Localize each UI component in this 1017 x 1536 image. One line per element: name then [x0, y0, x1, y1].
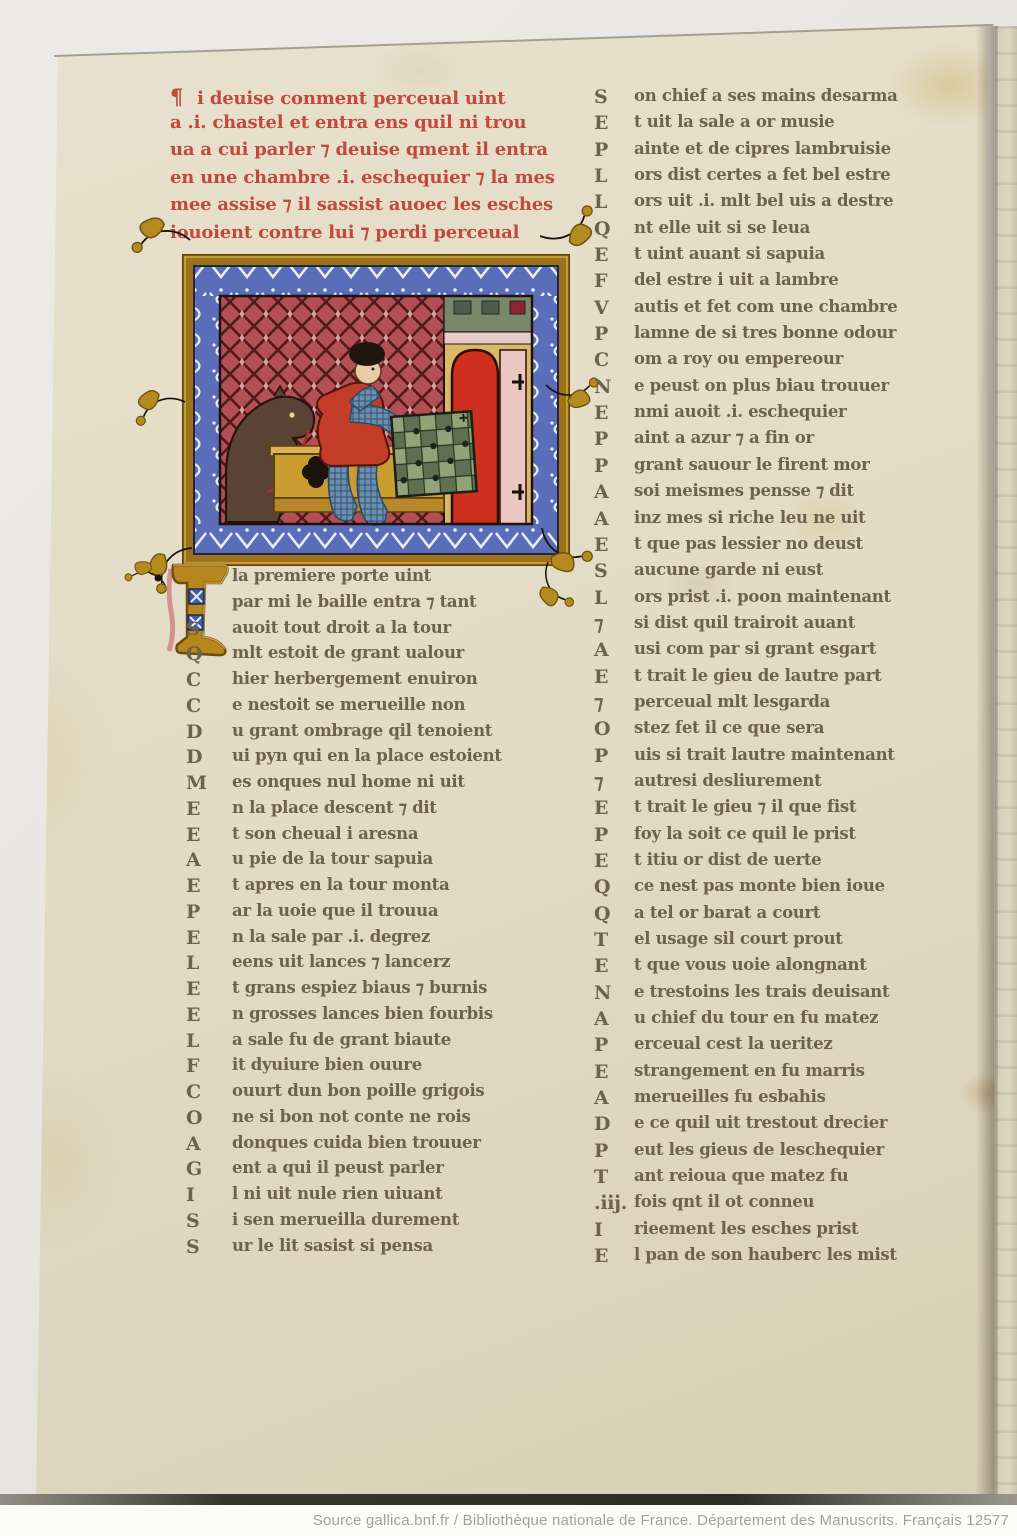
verse-line: En la sale par .i. degrez	[186, 927, 551, 953]
miniature-perceval-chess	[182, 254, 570, 566]
line-initial: E	[594, 797, 634, 823]
verse-line: Fit dyuiure bien ouure	[186, 1055, 551, 1081]
source-attribution: Source gallica.bnf.fr / Bibliothèque nat…	[313, 1512, 1009, 1529]
line-initial: A	[186, 849, 232, 875]
line-text: u chief du tour en fu matez	[634, 1008, 878, 1034]
verse-line: Et son cheual i aresna	[186, 824, 551, 850]
line-initial: E	[186, 1004, 232, 1030]
verse-line: Lors dist certes a fet bel estre	[594, 165, 959, 191]
verse-line: Paint a azur ⁊ a fin or	[594, 428, 959, 454]
line-text: t uint auant si sapuia	[634, 244, 825, 270]
text-column-right: Son chief a ses mains desarmaEt uit la s…	[594, 86, 959, 1271]
line-text: si dist quil trairoit auant	[634, 613, 855, 639]
verse-line: En grosses lances bien fourbis	[186, 1004, 551, 1030]
line-initial: Q	[594, 903, 634, 929]
line-initial: E	[186, 798, 232, 824]
line-initial: P	[186, 901, 232, 927]
verse-line: Et trait le gieu ⁊ il que fist	[594, 797, 959, 823]
page-gutter-shadow	[976, 26, 998, 1506]
rubric-line: mee assise ⁊ il sassist auoec les esches	[170, 194, 570, 222]
verse-line: Tel usage sil court prout	[594, 929, 959, 955]
line-text: donques cuida bien trouuer	[232, 1133, 481, 1159]
verse-line: Puis si trait lautre maintenant	[594, 745, 959, 771]
line-text: e trestoins les trais deuisant	[634, 982, 889, 1008]
line-text: ors dist certes a fet bel estre	[634, 165, 890, 191]
verse-line: Adonques cuida bien trouuer	[186, 1133, 551, 1159]
verse-line: Irieement les esches prist	[594, 1219, 959, 1245]
verse-line: Sur le lit sasist si pensa	[186, 1236, 551, 1262]
line-initial: E	[594, 244, 634, 270]
line-text: par mi le baille entra ⁊ tant	[232, 592, 476, 618]
line-initial	[186, 592, 232, 618]
line-text: stez fet il ce que sera	[634, 718, 824, 744]
line-initial: P	[594, 323, 634, 349]
line-initial: C	[594, 349, 634, 375]
verse-line: Amerueilles fu esbahis	[594, 1087, 959, 1113]
line-text: l ni uit nule rien uiuant	[232, 1184, 442, 1210]
line-text: a .i. chastel et entra ens quil ni trou	[170, 112, 526, 133]
line-initial: N	[594, 376, 634, 402]
line-text: n grosses lances bien fourbis	[232, 1004, 493, 1030]
line-initial: A	[594, 1087, 634, 1113]
line-initial: E	[594, 534, 634, 560]
line-text: ouurt dun bon poille grigois	[232, 1081, 484, 1107]
verse-line: Leens uit lances ⁊ lancerz	[186, 952, 551, 978]
verse-line: Qce nest pas monte bien ioue	[594, 876, 959, 902]
verse-line: Asoi meismes pensse ⁊ dit	[594, 481, 959, 507]
line-text: es onques nul home ni uit	[232, 772, 465, 798]
line-text: nmi auoit .i. eschequier	[634, 402, 846, 428]
verse-line: Perceual cest la ueritez	[594, 1034, 959, 1060]
line-text: el usage sil court prout	[634, 929, 843, 955]
line-text: iouoient contre lui ⁊ perdi perceual	[170, 222, 519, 243]
pink-door-leaf	[500, 350, 526, 524]
line-text: fois qnt il ot conneu	[634, 1192, 814, 1218]
line-text: ent a qui il peust parler	[232, 1158, 444, 1184]
line-text: aucune garde ni eust	[634, 560, 823, 586]
line-text: om a roy ou empereour	[634, 349, 843, 375]
verse-line: Et trait le gieu de lautre part	[594, 666, 959, 692]
verse-line: Lors uit .i. mlt bel uis a destre	[594, 191, 959, 217]
verse-line: Peut les gieus de leschequier	[594, 1140, 959, 1166]
line-initial: P	[594, 745, 634, 771]
line-initial: M	[186, 772, 232, 798]
verse-line: Mes onques nul home ni uit	[186, 772, 551, 798]
line-text: t trait le gieu ⁊ il que fist	[634, 797, 856, 823]
verse-line: Du grant ombrage qil tenoient	[186, 721, 551, 747]
line-initial: E	[594, 1245, 634, 1271]
verse-line: Et que pas lessier no deust	[594, 534, 959, 560]
line-text: ui pyn qui en la place estoient	[232, 746, 502, 772]
line-initial: E	[594, 1061, 634, 1087]
line-initial: E	[186, 927, 232, 953]
line-initial: P	[594, 428, 634, 454]
line-initial: T	[594, 929, 634, 955]
verse-line: Au chief du tour en fu matez	[594, 1008, 959, 1034]
miniature-scene	[220, 296, 532, 525]
line-text: uis si trait lautre maintenant	[634, 745, 895, 771]
gallica-footer: Source gallica.bnf.fr / Bibliothèque nat…	[0, 1505, 1017, 1536]
line-text: it dyuiure bien ouure	[232, 1055, 422, 1081]
line-initial: D	[186, 721, 232, 747]
line-initial: E	[594, 402, 634, 428]
line-text: l pan de son hauberc les mist	[634, 1245, 897, 1271]
line-text: strangement en fu marris	[634, 1061, 865, 1087]
line-text: ar la uoie que il trouua	[232, 901, 438, 927]
line-text: ors prist .i. poon maintenant	[634, 587, 891, 613]
line-initial: T	[594, 1166, 634, 1192]
verse-line: Son chief a ses mains desarma	[594, 86, 959, 112]
text-column-left: la premiere porte uintpar mi le baille e…	[186, 566, 551, 1261]
rubric-line: iouoient contre lui ⁊ perdi perceual	[170, 222, 570, 250]
rubric-line: ua a cui parler ⁊ deuise qment il entra	[170, 139, 570, 167]
line-text: ne si bon not conte ne rois	[232, 1107, 471, 1133]
verse-line: El pan de son hauberc les mist	[594, 1245, 959, 1271]
verse-line: .iij.fois qnt il ot conneu	[594, 1192, 959, 1218]
line-text: t que pas lessier no deust	[634, 534, 863, 560]
line-text: grant sauour le firent mor	[634, 455, 870, 481]
line-initial: ⁊	[594, 692, 634, 718]
scan-bottom-edge	[0, 1494, 1017, 1505]
line-text: a tel or barat a court	[634, 903, 820, 929]
verse-line: Com a roy ou empereour	[594, 349, 959, 375]
line-initial: P	[594, 1140, 634, 1166]
line-text: mlt estoit de grant ualour	[232, 643, 464, 669]
line-initial: P	[594, 824, 634, 850]
verse-line: Vautis et fet com une chambre	[594, 297, 959, 323]
line-text: a sale fu de grant biaute	[232, 1030, 451, 1056]
verse-line: Ainz mes si riche leu ne uit	[594, 508, 959, 534]
verse-line: La sale fu de grant biaute	[186, 1030, 551, 1056]
verse-line: Ce nestoit se merueille non	[186, 695, 551, 721]
line-initial: L	[594, 587, 634, 613]
line-text: eens uit lances ⁊ lancerz	[232, 952, 450, 978]
line-text: u pie de la tour sapuia	[232, 849, 433, 875]
verse-line: ⁊autresi desliurement	[594, 771, 959, 797]
verse-line: En la place descent ⁊ dit	[186, 798, 551, 824]
line-text: autis et fet com une chambre	[634, 297, 897, 323]
line-text: mee assise ⁊ il sassist auoec les esches	[170, 194, 553, 215]
line-initial: S	[594, 86, 634, 112]
verse-line: Enmi auoit .i. eschequier	[594, 402, 959, 428]
line-text: e ce quil uit trestout drecier	[634, 1113, 887, 1139]
line-text: hier herbergement enuiron	[232, 669, 477, 695]
verse-line: Couurt dun bon poille grigois	[186, 1081, 551, 1107]
line-initial: L	[186, 952, 232, 978]
line-initial: E	[594, 850, 634, 876]
line-initial: ¶	[170, 84, 183, 109]
line-text: foy la soit ce quil le prist	[634, 824, 856, 850]
line-initial: N	[594, 982, 634, 1008]
verse-line: Painte et de cipres lambruisie	[594, 139, 959, 165]
line-initial: E	[594, 955, 634, 981]
verse-line: Et itiu or dist de uerte	[594, 850, 959, 876]
adjacent-page-edge	[995, 26, 1017, 1506]
line-text: soi meismes pensse ⁊ dit	[634, 481, 854, 507]
verse-line: Ne trestoins les trais deuisant	[594, 982, 959, 1008]
line-initial: Q	[594, 876, 634, 902]
line-text: ant reioua que matez fu	[634, 1166, 848, 1192]
line-initial: P	[594, 1034, 634, 1060]
verse-line: Pgrant sauour le firent mor	[594, 455, 959, 481]
line-initial: C	[186, 1081, 232, 1107]
line-text: on chief a ses mains desarma	[634, 86, 898, 112]
rubric-line: a .i. chastel et entra ens quil ni trou	[170, 112, 570, 140]
line-initial: L	[186, 1030, 232, 1056]
rubric-block: ¶i deuise conment perceual uinta .i. cha…	[170, 84, 570, 249]
verse-line: One si bon not conte ne rois	[186, 1107, 551, 1133]
line-text: n la place descent ⁊ dit	[232, 798, 437, 824]
line-text: t grans espiez biaus ⁊ burnis	[232, 978, 487, 1004]
line-initial: I	[186, 1184, 232, 1210]
verse-line: Et uit la sale a or musie	[594, 112, 959, 138]
line-initial: V	[594, 297, 634, 323]
line-initial: P	[594, 455, 634, 481]
verse-line: Ostez fet il ce que sera	[594, 718, 959, 744]
gallica-scan-viewport: { "footer": { "attribution": "Source gal…	[0, 0, 1017, 1536]
line-initial: I	[594, 1219, 634, 1245]
line-text: t itiu or dist de uerte	[634, 850, 821, 876]
line-text: t apres en la tour monta	[232, 875, 449, 901]
line-text: t uit la sale a or musie	[634, 112, 834, 138]
verse-line: Chier herbergement enuiron	[186, 669, 551, 695]
line-text: ce nest pas monte bien ioue	[634, 876, 885, 902]
line-text: nt elle uit si se leua	[634, 218, 810, 244]
line-text: ainte et de cipres lambruisie	[634, 139, 891, 165]
line-initial: C	[186, 695, 232, 721]
verse-line: Sauoit tout droit a la tour	[186, 618, 551, 644]
line-initial: F	[594, 270, 634, 296]
verse-line: Au pie de la tour sapuia	[186, 849, 551, 875]
line-initial: ⁊	[594, 771, 634, 797]
line-initial: E	[186, 875, 232, 901]
line-text: autresi desliurement	[634, 771, 821, 797]
line-initial: L	[594, 191, 634, 217]
verse-line: ⁊perceual mlt lesgarda	[594, 692, 959, 718]
line-initial: A	[594, 508, 634, 534]
line-text: u grant ombrage qil tenoient	[232, 721, 492, 747]
verse-line: Et apres en la tour monta	[186, 875, 551, 901]
line-text: e nestoit se merueille non	[232, 695, 465, 721]
line-initial: O	[594, 718, 634, 744]
verse-line: Qnt elle uit si se leua	[594, 218, 959, 244]
line-initial: S	[186, 618, 232, 644]
line-text: en une chambre .i. eschequier ⁊ la mes	[170, 167, 555, 188]
line-initial: S	[186, 1236, 232, 1262]
line-text: i sen merueilla durement	[232, 1210, 459, 1236]
rubric-line: en une chambre .i. eschequier ⁊ la mes	[170, 167, 570, 195]
line-initial: S	[186, 1210, 232, 1236]
line-text: lamne de si tres bonne odour	[634, 323, 896, 349]
line-text: t son cheual i aresna	[232, 824, 418, 850]
line-text: la premiere porte uint	[232, 566, 431, 592]
line-initial: E	[594, 112, 634, 138]
line-initial: A	[594, 481, 634, 507]
line-initial: C	[186, 669, 232, 695]
verse-line: Et grans espiez biaus ⁊ burnis	[186, 978, 551, 1004]
line-initial: .iij.	[594, 1192, 634, 1218]
verse-line: Pfoy la soit ce quil le prist	[594, 824, 959, 850]
line-initial: F	[186, 1055, 232, 1081]
line-text: aint a azur ⁊ a fin or	[634, 428, 814, 454]
line-text: e peust on plus biau trouuer	[634, 376, 889, 402]
line-initial: P	[594, 139, 634, 165]
verse-line: Lors prist .i. poon maintenant	[594, 587, 959, 613]
line-initial: A	[186, 1133, 232, 1159]
verse-line: Et que vous uoie alongnant	[594, 955, 959, 981]
line-text: eut les gieus de leschequier	[634, 1140, 884, 1166]
verse-line: Gent a qui il peust parler	[186, 1158, 551, 1184]
line-initial: E	[186, 978, 232, 1004]
verse-line: Dui pyn qui en la place estoient	[186, 746, 551, 772]
line-text: usi com par si grant esgart	[634, 639, 876, 665]
verse-line: Ausi com par si grant esgart	[594, 639, 959, 665]
line-text: perceual mlt lesgarda	[634, 692, 830, 718]
line-initial: E	[594, 666, 634, 692]
verse-line: Si sen merueilla durement	[186, 1210, 551, 1236]
line-text: inz mes si riche leu ne uit	[634, 508, 865, 534]
line-initial: E	[186, 824, 232, 850]
verse-line: Qmlt estoit de grant ualour	[186, 643, 551, 669]
line-initial: G	[186, 1158, 232, 1184]
line-initial	[186, 566, 232, 592]
line-text: n la sale par .i. degrez	[232, 927, 430, 953]
line-text: merueilles fu esbahis	[634, 1087, 826, 1113]
line-initial: D	[186, 746, 232, 772]
black-cap	[349, 342, 385, 366]
line-initial: D	[594, 1113, 634, 1139]
line-text: i deuise conment perceual uint	[197, 88, 505, 109]
verse-line: Par la uoie que il trouua	[186, 901, 551, 927]
verse-line: Qa tel or barat a court	[594, 903, 959, 929]
verse-line: Il ni uit nule rien uiuant	[186, 1184, 551, 1210]
chessboard	[391, 411, 476, 496]
verse-line: Et uint auant si sapuia	[594, 244, 959, 270]
line-text: ur le lit sasist si pensa	[232, 1236, 433, 1262]
line-text: auoit tout droit a la tour	[232, 618, 451, 644]
verse-line: Plamne de si tres bonne odour	[594, 323, 959, 349]
verse-line: Ne peust on plus biau trouuer	[594, 376, 959, 402]
line-initial: Q	[186, 643, 232, 669]
verse-line: Saucune garde ni eust	[594, 560, 959, 586]
verse-line: par mi le baille entra ⁊ tant	[186, 592, 551, 618]
line-initial: A	[594, 639, 634, 665]
line-text: t trait le gieu de lautre part	[634, 666, 881, 692]
line-initial: O	[186, 1107, 232, 1133]
line-text: erceual cest la ueritez	[634, 1034, 832, 1060]
line-initial: Q	[594, 218, 634, 244]
verse-line: Estrangement en fu marris	[594, 1061, 959, 1087]
line-text: t que vous uoie alongnant	[634, 955, 867, 981]
line-text: del estre i uit a lambre	[634, 270, 838, 296]
rubric-line: ¶i deuise conment perceual uint	[170, 84, 570, 112]
verse-line: Fdel estre i uit a lambre	[594, 270, 959, 296]
line-text: ua a cui parler ⁊ deuise qment il entra	[170, 139, 548, 160]
line-text: rieement les esches prist	[634, 1219, 858, 1245]
verse-line: Tant reioua que matez fu	[594, 1166, 959, 1192]
line-initial: L	[594, 165, 634, 191]
line-initial: A	[594, 1008, 634, 1034]
verse-line: la premiere porte uint	[186, 566, 551, 592]
verse-line: De ce quil uit trestout drecier	[594, 1113, 959, 1139]
line-initial: S	[594, 560, 634, 586]
line-initial: ⁊	[594, 613, 634, 639]
verse-line: ⁊si dist quil trairoit auant	[594, 613, 959, 639]
line-text: ors uit .i. mlt bel uis a destre	[634, 191, 893, 217]
